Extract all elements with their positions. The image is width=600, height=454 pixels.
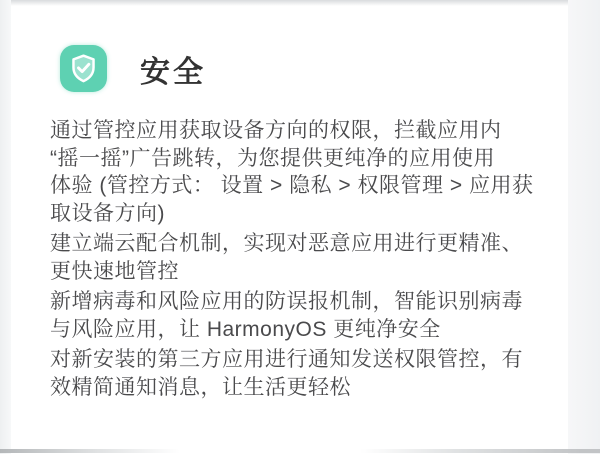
- feature-description-orientation-permission: 通过管控应用获取设备方向的权限，拦截应用内 “摇一摇”广告跳转，为您提供更纯净的…: [50, 117, 558, 227]
- shield-check-icon: [70, 54, 97, 83]
- photo-edge-top: [0, 0, 600, 6]
- feature-list: 通过管控应用获取设备方向的权限，拦截应用内 “摇一摇”广告跳转，为您提供更纯净的…: [50, 117, 558, 404]
- update-notes-security-panel: 安全 通过管控应用获取设备方向的权限，拦截应用内 “摇一摇”广告跳转，为您提供更…: [0, 0, 600, 454]
- section-title: 安全: [140, 47, 206, 91]
- feature-description-virus-detection: 新增病毒和风险应用的防误报机制，智能识别病毒 与风险应用，让 HarmonyOS…: [50, 288, 558, 343]
- photo-edge-left: [0, 0, 11, 454]
- photo-edge-right: [568, 0, 600, 454]
- feature-description-cloud-control: 建立端云配合机制，实现对恶意应用进行更精准、 更快速地管控: [50, 230, 558, 285]
- feature-description-notification-control: 对新安装的第三方应用进行通知发送权限管控，有 效精简通知消息，让生活更轻松: [50, 346, 558, 401]
- photo-edge-bottom: [0, 449, 600, 453]
- security-app-icon: [60, 45, 107, 92]
- section-header: 安全: [60, 45, 206, 92]
